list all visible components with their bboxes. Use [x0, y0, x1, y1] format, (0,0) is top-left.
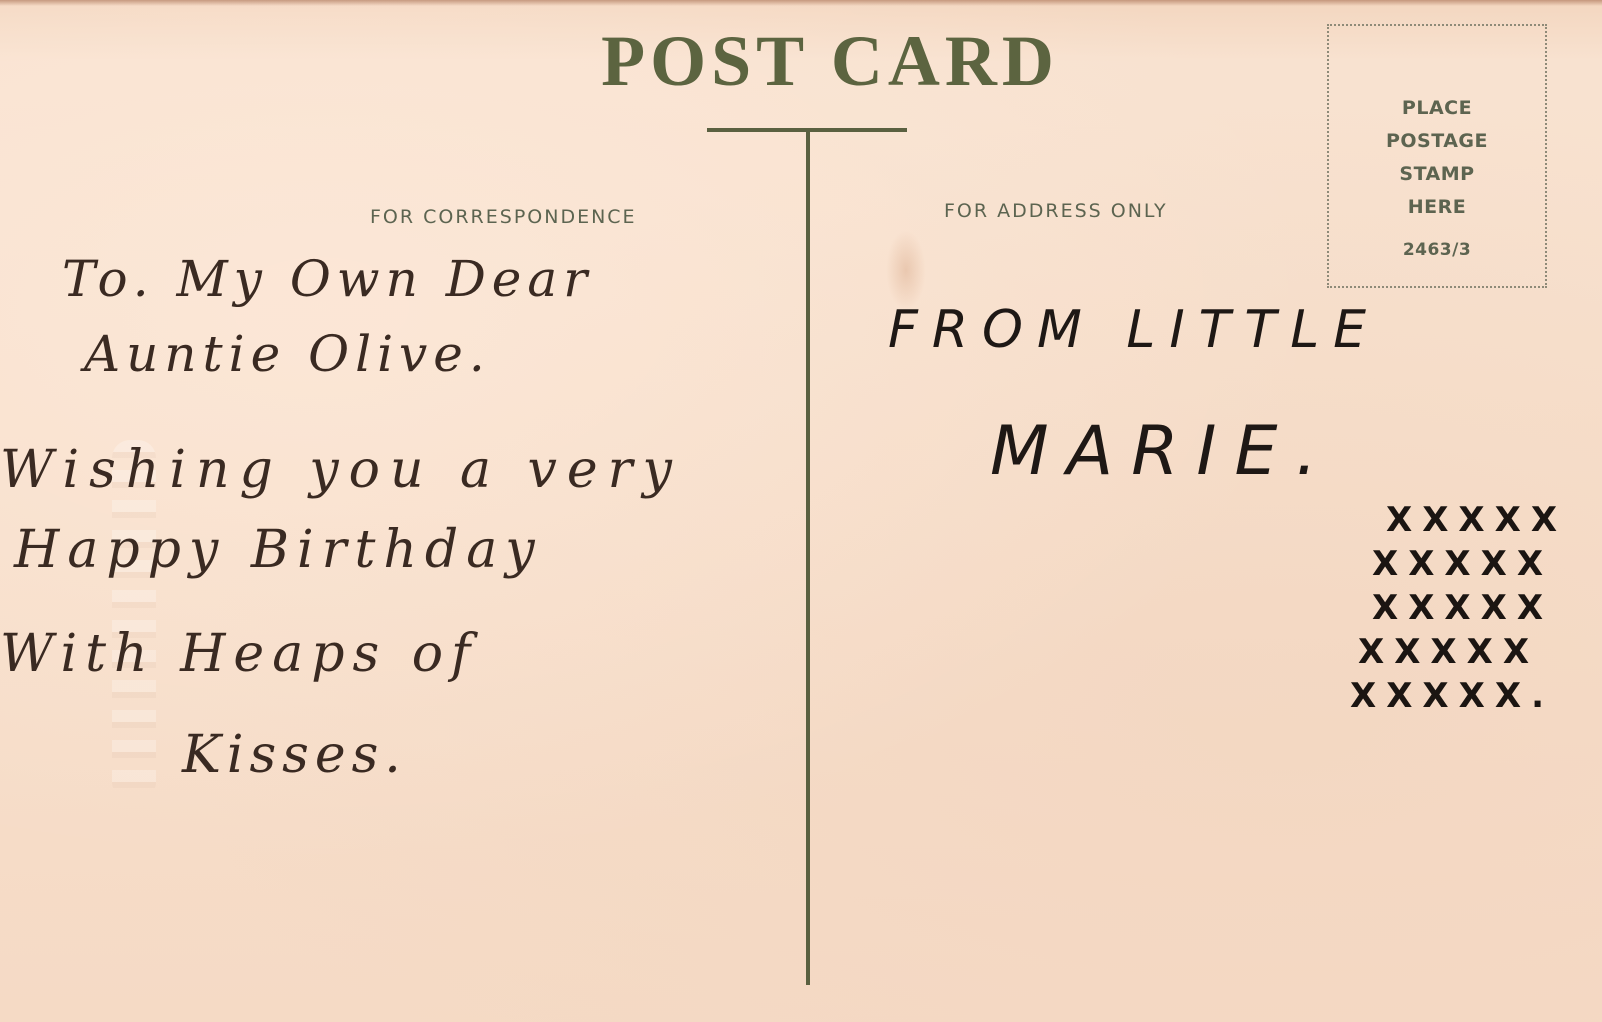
- center-divider-line: [806, 130, 810, 985]
- message-line: To. My Own Dear: [62, 250, 593, 308]
- stamp-line: HERE: [1329, 191, 1545, 224]
- stamp-line: POSTAGE: [1329, 125, 1545, 158]
- stamp-line: STAMP: [1329, 158, 1545, 191]
- kisses-row: XXXXX: [1350, 630, 1567, 674]
- address-line: MARIE.: [990, 412, 1335, 491]
- stamp-box: PLACE POSTAGE STAMP HERE 2463/3: [1327, 24, 1547, 288]
- kisses-block: XXXXX XXXXX XXXXX XXXXX XXXXX.: [1350, 498, 1567, 718]
- message-line: Kisses.: [182, 725, 407, 785]
- address-line: FROM LITTLE: [888, 300, 1380, 360]
- message-line: With Heaps of: [0, 624, 478, 684]
- message-line: Happy Birthday: [14, 520, 543, 580]
- stamp-instructions: PLACE POSTAGE STAMP HERE 2463/3: [1329, 92, 1545, 267]
- message-line: Wishing you a very: [0, 440, 682, 500]
- address-label: FOR ADDRESS ONLY: [944, 200, 1168, 222]
- correspondence-label: FOR CORRESPONDENCE: [370, 206, 637, 228]
- paper-stain: [886, 230, 926, 310]
- stamp-line: PLACE: [1329, 92, 1545, 125]
- message-line: Auntie Olive.: [84, 325, 491, 383]
- postcard-back: POST CARD FOR CORRESPONDENCE FOR ADDRESS…: [0, 0, 1602, 1022]
- kisses-row: XXXXX: [1350, 586, 1567, 630]
- worn-top-edge: [0, 0, 1602, 6]
- stamp-code: 2463/3: [1329, 234, 1545, 267]
- kisses-row: XXXXX: [1350, 542, 1567, 586]
- kisses-row: XXXXX: [1350, 498, 1567, 542]
- kisses-row: XXXXX.: [1350, 674, 1567, 718]
